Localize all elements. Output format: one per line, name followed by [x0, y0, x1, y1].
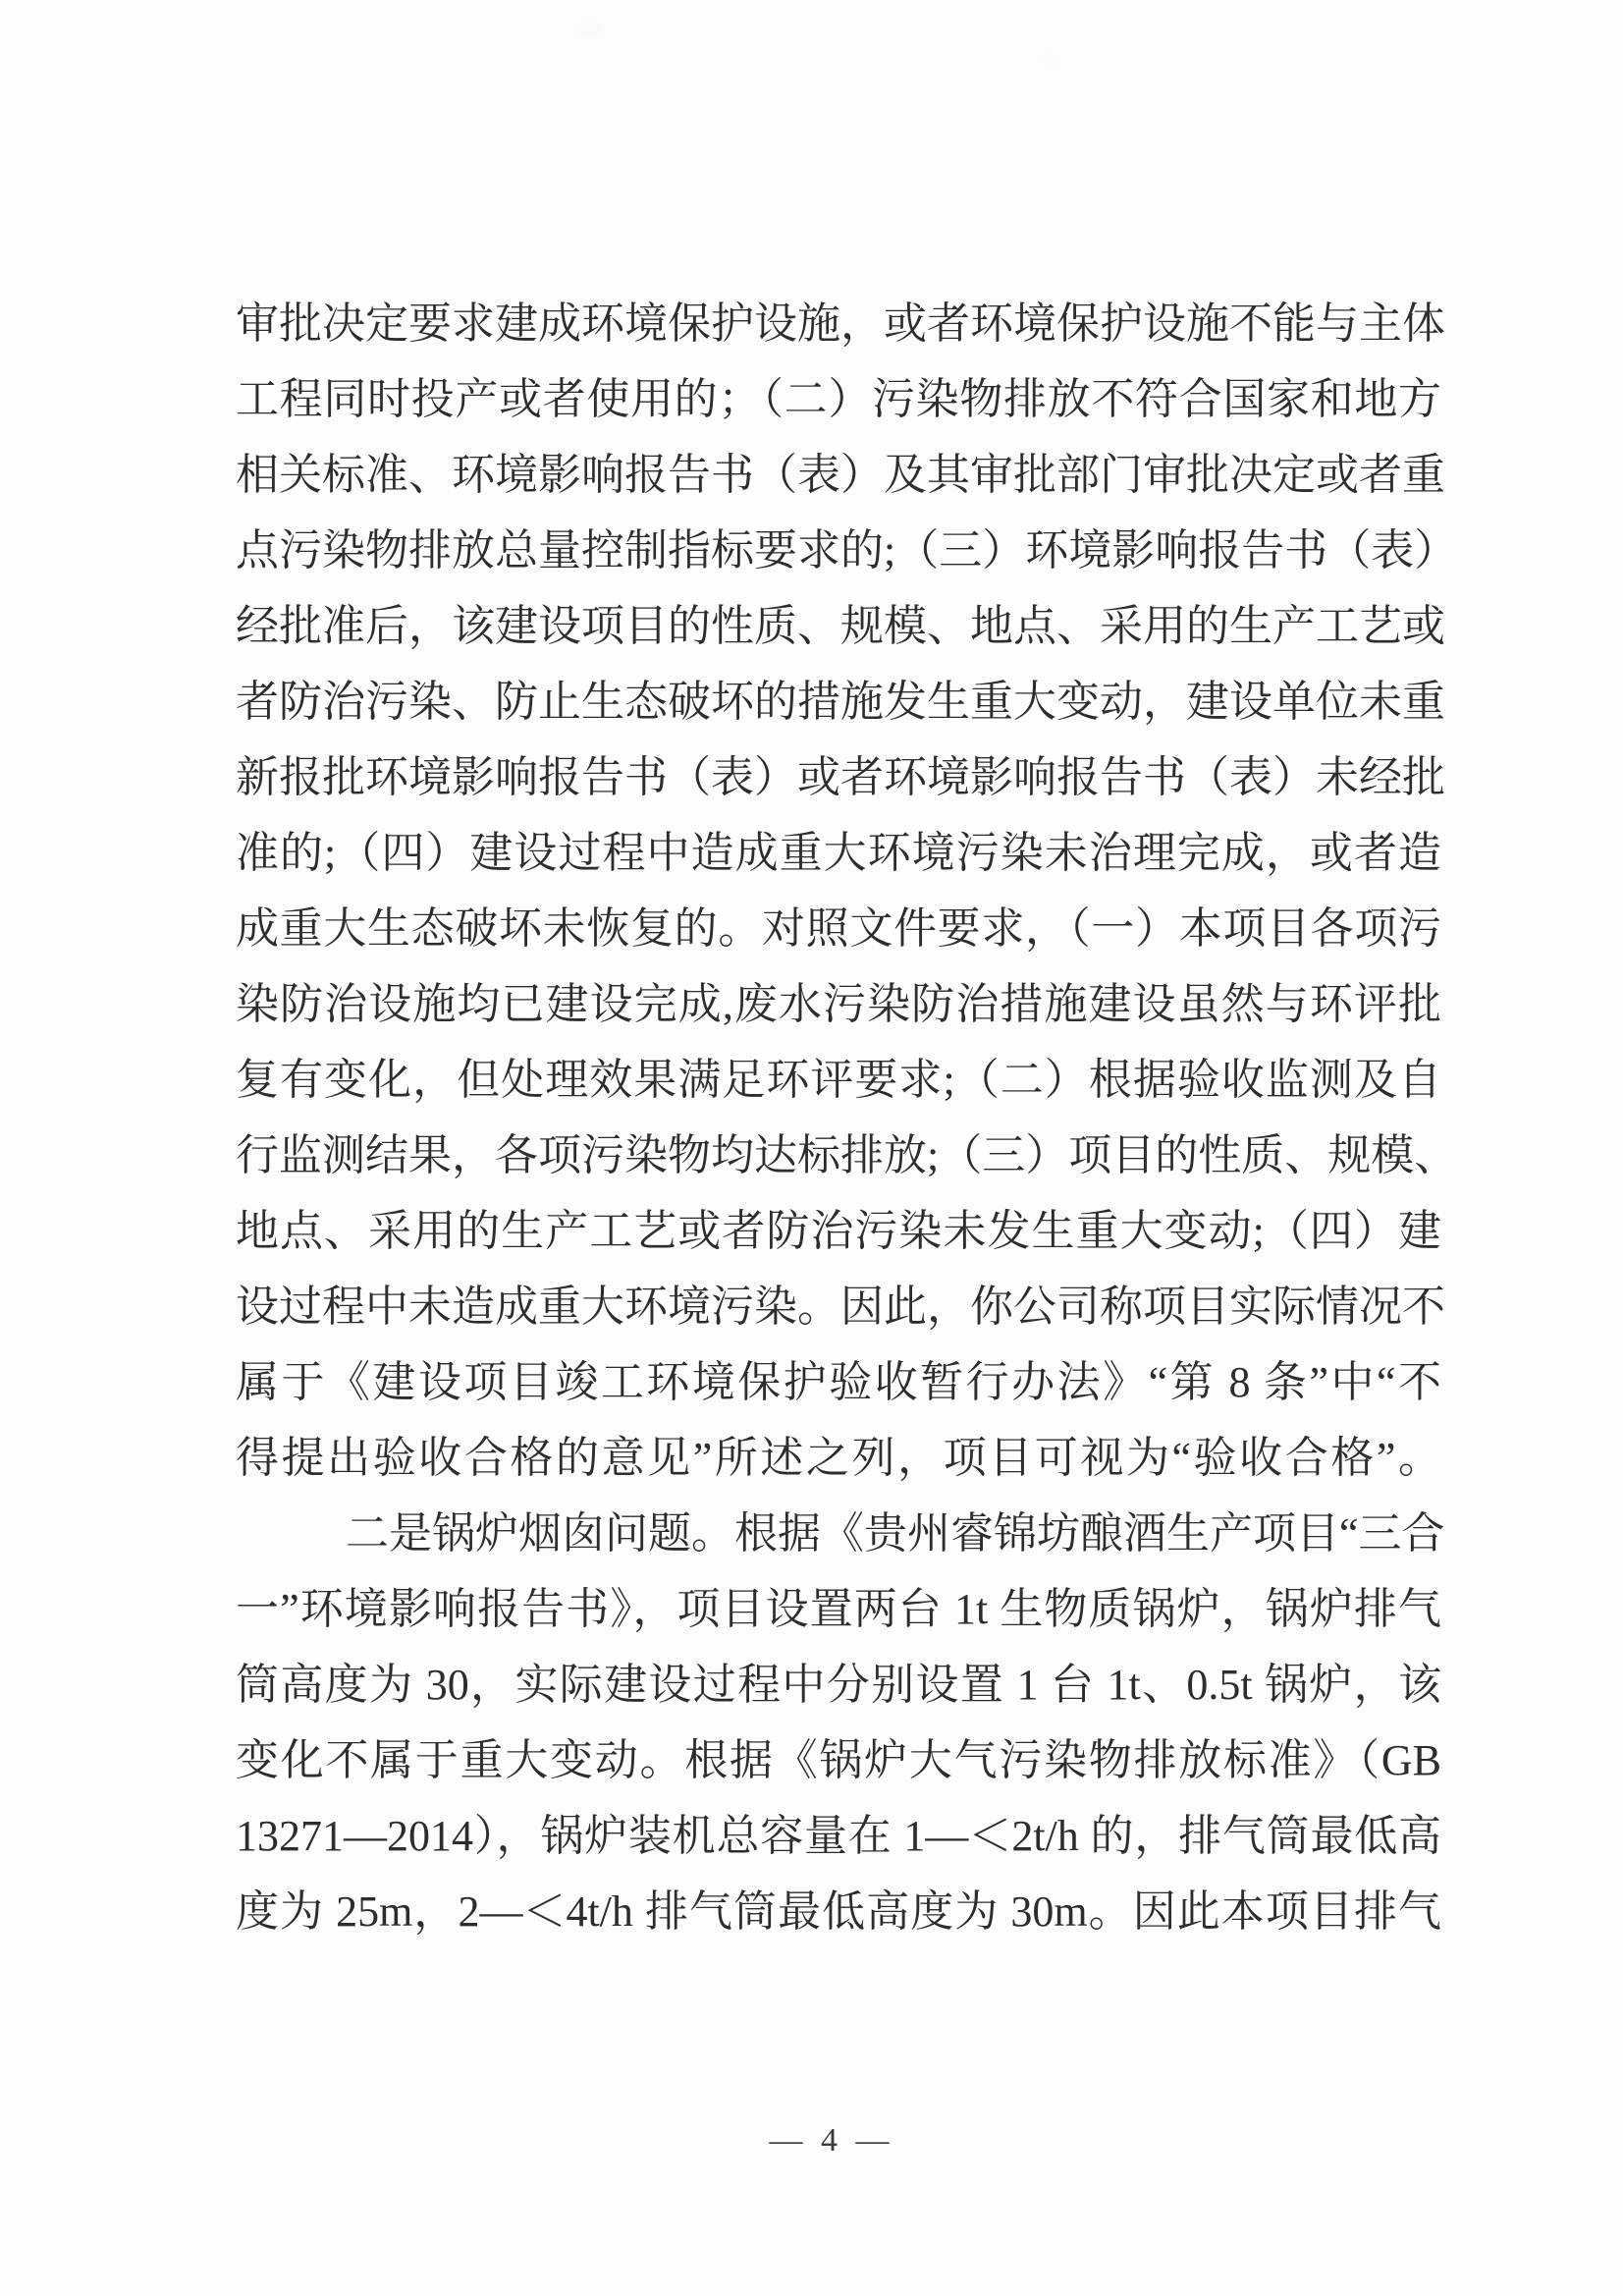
body-text-line: 13271—2014），锅炉装机总容量在 1—＜2t/h 的，排气筒最低高: [236, 1798, 1441, 1874]
document-page: 审批决定要求建成环境保护设施，或者环境保护设施不能与主体 工程同时投产或者使用的…: [0, 0, 1623, 2296]
page-number: — 4 —: [770, 2122, 890, 2159]
body-text-line: 工程同时投产或者使用的；（二）污染物排放不符合国家和地方: [236, 361, 1441, 437]
body-text-line: 者防治污染、防止生态破坏的措施发生重大变动，建设单位未重: [236, 664, 1441, 739]
body-text-line: 属于《建设项目竣工环境保护验收暂行办法》“第 8 条”中“不: [236, 1344, 1441, 1420]
scan-artifact: [1043, 57, 1060, 65]
body-text-line: 相关标准、环境影响报告书（表）及其审批部门审批决定或者重: [236, 437, 1441, 513]
body-text-line: 复有变化，但处理效果满足环评要求;（二）根据验收监测及自: [236, 1042, 1441, 1118]
body-text-line-paragraph-start: 二是锅炉烟囱问题。根据《贵州睿锦坊酿酒生产项目“三合: [236, 1496, 1441, 1571]
body-text-line: 点污染物排放总量控制指标要求的;（三）环境影响报告书（表）: [236, 513, 1441, 588]
body-text-block: 审批决定要求建成环境保护设施，或者环境保护设施不能与主体 工程同时投产或者使用的…: [236, 286, 1441, 1949]
body-text-line: 设过程中未造成重大环境污染。因此，你公司称项目实际情况不: [236, 1269, 1441, 1344]
body-text-line: 准的;（四）建设过程中造成重大环境污染未治理完成，或者造: [236, 815, 1441, 891]
page-footer: — 4 —: [0, 2119, 1623, 2162]
body-text-line: 筒高度为 30，实际建设过程中分别设置 1 台 1t、0.5t 锅炉，该: [236, 1647, 1441, 1722]
body-text-line: 行监测结果，各项污染物均达标排放;（三）项目的性质、规模、: [236, 1118, 1441, 1193]
scan-artifact: [579, 26, 605, 35]
body-text-line: 新报批环境影响报告书（表）或者环境影响报告书（表）未经批: [236, 739, 1441, 815]
body-text-line: 变化不属于重大变动。根据《锅炉大气污染物排放标准》（GB: [236, 1722, 1441, 1798]
body-text-line: 得提出验收合格的意见”所述之列，项目可视为“验收合格”。: [236, 1420, 1441, 1496]
body-text-line: 成重大生态破坏未恢复的。对照文件要求，（一）本项目各项污: [236, 891, 1441, 966]
body-text-line: 一”环境影响报告书》，项目设置两台 1t 生物质锅炉，锅炉排气: [236, 1571, 1441, 1647]
body-text-line: 经批准后，该建设项目的性质、规模、地点、采用的生产工艺或: [236, 588, 1441, 664]
body-text-line: 审批决定要求建成环境保护设施，或者环境保护设施不能与主体: [236, 286, 1441, 361]
body-text-line: 地点、采用的生产工艺或者防治污染未发生重大变动;（四）建: [236, 1193, 1441, 1269]
body-text-line: 染防治设施均已建设完成,废水污染防治措施建设虽然与环评批: [236, 966, 1441, 1042]
body-text-line: 度为 25m，2—＜4t/h 排气筒最低高度为 30m。因此本项目排气: [236, 1874, 1441, 1949]
